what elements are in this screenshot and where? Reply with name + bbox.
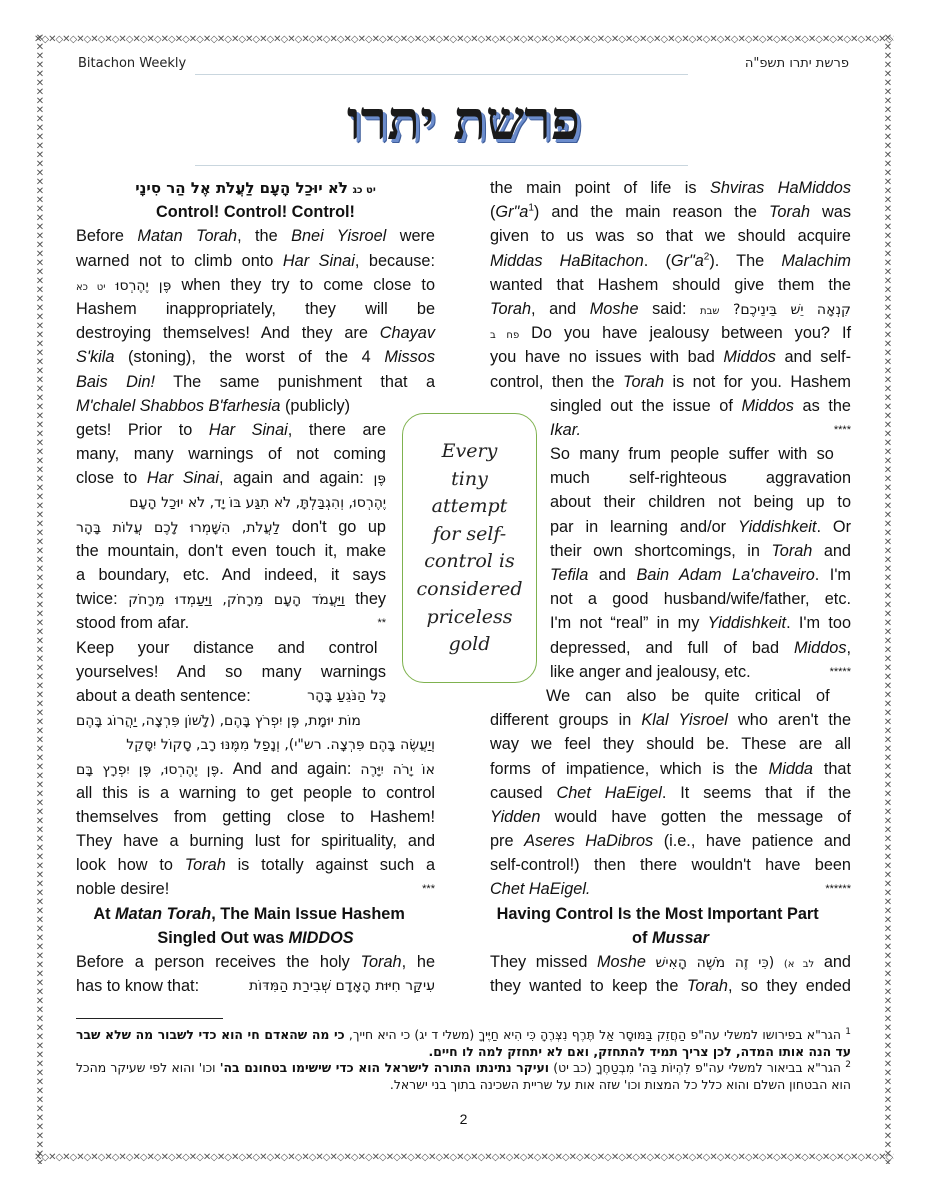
text-line: close to Har Sinai, again and again: פֶּ… [76,466,386,490]
border-top: ✕◇✕◇✕◇✕◇✕◇✕◇✕◇✕◇✕◇✕◇✕◇✕◇✕◇✕◇✕◇✕◇✕◇✕◇✕◇✕◇… [34,34,894,46]
text-line: yourselves! And so many warnings [76,660,386,684]
page-number: 2 [0,1111,927,1127]
parsha-date: פרשת יתרו תשפ"ה [745,56,849,71]
text-line: self-control!) then there wouldn't have … [490,853,851,877]
header-rule-bottom [195,165,688,166]
section-heading: Control! Control! Control! [76,200,435,224]
right-column: the main point of life is Shviras HaMidd… [490,176,851,998]
text-line: I'm not “real” in my Yiddishkeit. I'm to… [490,611,851,635]
text-line: יט כא פֶּן יֶהֶרְסוּ when they try to co… [76,273,435,297]
text-line: Torah, and Moshe said: שבת קִנְאָה יֵשׁ … [490,297,851,321]
section-heading-hebrew: לֹא יוּכַל הָעָם לַעֲלֹת אֶל הַר סִינָי … [76,176,435,200]
text-line: Yidden would have gotten the message of [490,805,851,829]
text-line: They have a burning lust for spiritualit… [76,829,435,853]
text-line: they wanted to keep the Torah, so they e… [490,974,851,998]
text-line: gets! Prior to Har Sinai, there are [76,418,386,442]
text-line: given to us was so that we should acquir… [490,224,851,248]
section-heading-3-line2: of Mussar [490,926,851,950]
text-line: wanted that Hashem should give them the [490,273,851,297]
text-line: S'kila (stoning), the worst of the 4 Mis… [76,345,435,369]
text-line: forms of impatience, which is the Midda … [490,757,851,781]
text-line: way we feel they should be. These are al… [490,732,851,756]
text-line: Middas HaBitachon. (Gr"a2). The Malachim [490,249,851,273]
text-line: פֶּן יֶהֶרְסוּ, פֶּן יִפְרָץ בָּם. And a… [76,757,435,781]
text-line: the mountain, don't even touch it, make [76,539,386,563]
text-line: themselves from getting close to Hashem! [76,805,435,829]
text-line: וְיַעֲשֶׂה בָּהֶם פִּרְצָה. רש"י), וְנָפ… [76,732,435,756]
publication-name: Bitachon Weekly [78,56,186,71]
text-line: twice: וַיַּעֲמֹד הָעָם מֵרָחֹק, וַיַּעַ… [76,587,386,611]
text-line: a boundary, etc. And indeed, it says [76,563,386,587]
footnotes: 1 הגר"א בפירושו למשלי עה"פ הַחֲזֵק בַּמּ… [76,1027,851,1093]
section-heading-3: Having Control Is the Most Important Par… [490,902,851,926]
header-rule-top [195,74,688,75]
text-line: warned not to climb onto Har Sinai, beca… [76,249,435,273]
text-line: about their children not being up to [490,490,851,514]
text-line: all this is a warning to get people to c… [76,781,435,805]
text-line: their own shortcomings, in Torah and [490,539,851,563]
text-line: יֶהֶרְסוּ, וְהִגְבַּלְתָּ, לֹא תִגַּע בּ… [76,490,386,514]
page-title: פרשת יתרו [0,88,927,152]
text-line: you have no issues with bad Middos and s… [490,345,851,369]
text-line: not a good husband/wife/father, etc. [490,587,851,611]
border-bottom: ✕◇✕◇✕◇✕◇✕◇✕◇✕◇✕◇✕◇✕◇✕◇✕◇✕◇✕◇✕◇✕◇✕◇✕◇✕◇✕◇… [34,1152,894,1164]
text-line: (Gr"a1) and the main reason the Torah wa… [490,200,851,224]
text-line: Before Matan Torah, the Bnei Yisroel wer… [76,224,435,248]
text-line: look how to Torah is totally against suc… [76,853,435,877]
footnote-1: 1 הגר"א בפירושו למשלי עה"פ הַחֲזֵק בַּמּ… [76,1027,851,1060]
text-line: They missed Moshe (כִּי זֶה מֹשֶׁה הָאִי… [490,950,851,974]
text-line: like anger and jealousy, etc.***** [490,660,851,684]
text-line: has to know that: עִיקַּר חִיּוּת הָאָדָ… [76,974,435,998]
text-line: control, then the Torah is not for you. … [490,370,851,394]
text-line: different groups in Klal Yisroel who are… [490,708,851,732]
border-left: ✕✕✕✕✕✕✕✕✕✕✕✕✕✕✕✕✕✕✕✕✕✕✕✕✕✕✕✕✕✕✕✕✕✕✕✕✕✕✕✕… [34,34,46,1164]
border-right: ✕✕✕✕✕✕✕✕✕✕✕✕✕✕✕✕✕✕✕✕✕✕✕✕✕✕✕✕✕✕✕✕✕✕✕✕✕✕✕✕… [882,34,894,1164]
text-line: Tefila and Bain Adam La'chaveiro. I'm [490,563,851,587]
text-line: many, many warnings of not coming [76,442,386,466]
text-line: about a death sentence: כָּל הַנֹּגֵעַ ב… [76,684,386,708]
text-line: Hashem inappropriately, they will be [76,297,435,321]
left-column: לֹא יוּכַל הָעָם לַעֲלֹת אֶל הַר סִינָי … [76,176,435,998]
section-heading-2: At Matan Torah, The Main Issue Hashem [76,902,435,926]
text-line: noble desire!*** [76,877,435,901]
text-line: stood from afar.** [76,611,386,635]
footnote-2: 2 הגר"א בביאור למשלי עה"פ לִהְיוֹת בַּה'… [76,1060,851,1093]
text-line: singled out the issue of Middos as the [490,394,851,418]
text-line: So many frum people suffer with so [490,442,851,466]
text-line: par in learning and/or Yiddishkeit. Or [490,515,851,539]
text-line: Before a person receives the holy Torah,… [76,950,435,974]
text-line: much self-righteous aggravation [490,466,851,490]
text-line: caused Chet HaEigel. It seems that if th… [490,781,851,805]
footnote-separator [76,1018,223,1019]
text-line: פח ב Do you have jealousy between you? I… [490,321,851,345]
text-line: לַעֲלֹת, הִשָּׁמְרוּ לָכֶם עֲלוֹת בָּהָר… [76,515,386,539]
text-line: Keep your distance and control [76,636,386,660]
text-line: Bais Din! The same punishment that a [76,370,435,394]
text-line: pre Aseres HaDibros (i.e., have patience… [490,829,851,853]
text-line: depressed, and full of bad Middos, [490,636,851,660]
section-heading-2-line2: Singled Out was MIDDOS [76,926,435,950]
text-line: M'chalel Shabbos B'farhesia (publicly) [76,394,435,418]
text-line: the main point of life is Shviras HaMidd… [490,176,851,200]
text-line: We can also be quite critical of [490,684,851,708]
text-line: Chet HaEigel.****** [490,877,851,901]
text-line: destroying themselves! And they are Chay… [76,321,435,345]
text-line: מוֹת יוּמָת, פֶּן יִפְרֹץ בָּהֶם, (לָשׁו… [76,708,435,732]
text-line: Ikar.**** [490,418,851,442]
